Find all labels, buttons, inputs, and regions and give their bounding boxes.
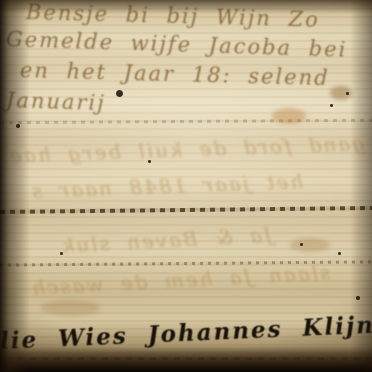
manuscript-photo: Bensje bi bij Wijn Zo Gemelde wijfe Jaco… <box>0 0 372 372</box>
faded-ink-line-3: en het Jaar 18: selend <box>20 58 330 90</box>
faded-ink-line-2: Gemelde wijfe Jacoba bei <box>6 27 348 62</box>
faded-ink-line-1: Bensje bi bij Wijn Zo <box>26 0 320 32</box>
paper-crease-upper <box>0 119 372 125</box>
bleedthrough-line-1: dach gand ford de kuil berg hae <box>8 129 372 168</box>
bleedthrough-line-2: het jaar 1848 naar s <box>30 169 304 203</box>
ink-speck <box>16 124 20 128</box>
ink-speck <box>346 92 349 95</box>
paper-stain <box>290 238 330 252</box>
paper-crease-bottom-rule <box>0 357 372 360</box>
ink-signature-line: lie Wies Johannes Klijn hem <box>0 308 372 355</box>
ink-speck <box>116 90 123 97</box>
paper-stain <box>330 86 352 100</box>
bleedthrough-line-3: Ja & Baven sluk <box>60 222 273 257</box>
paper-crease-middle <box>0 206 372 214</box>
ink-speck <box>330 104 333 107</box>
paper-stain <box>40 300 100 316</box>
ink-speck <box>338 252 341 255</box>
paper-stain <box>272 108 306 124</box>
bleedthrough-line-4: slaan Ja hem de wasch <box>30 260 331 300</box>
faded-ink-line-4: Januarij <box>6 88 106 115</box>
ink-speck <box>300 243 303 246</box>
ink-speck <box>356 296 360 300</box>
